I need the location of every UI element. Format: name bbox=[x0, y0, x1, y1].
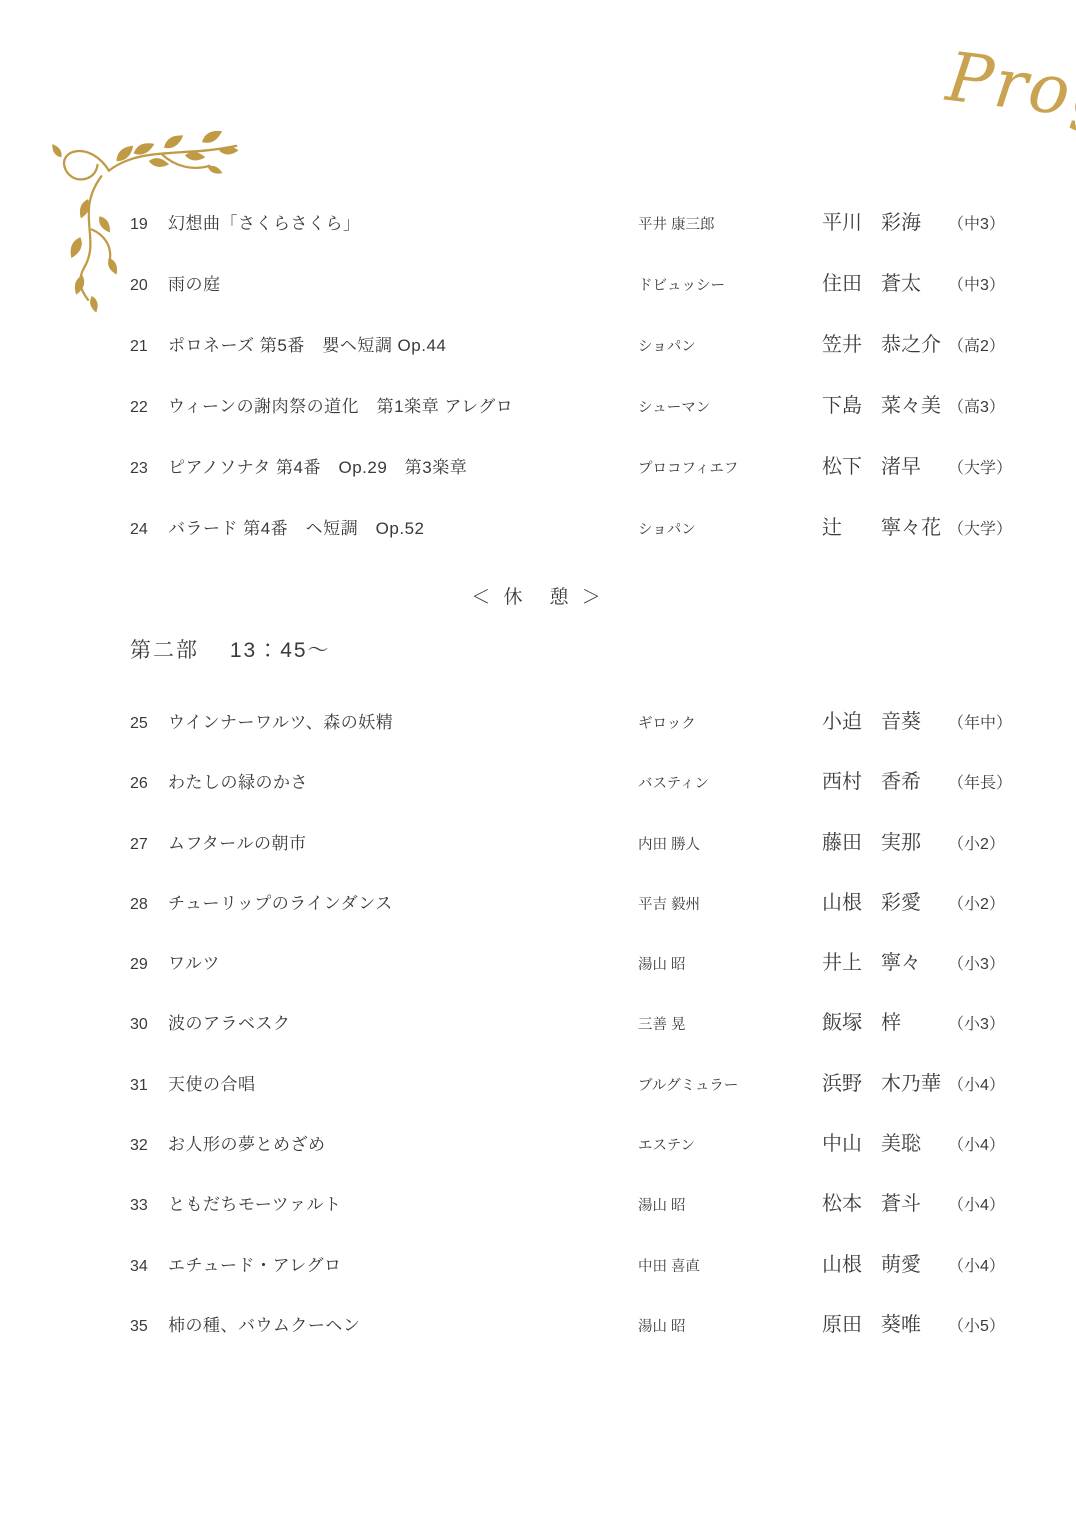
performer-givenname: 渚早 bbox=[881, 454, 948, 481]
intermission-label: ＜ 休 憩 ＞ bbox=[0, 582, 1076, 609]
piece-number: 23 bbox=[130, 458, 168, 480]
composer-name: バスティン bbox=[638, 775, 822, 795]
piece-number: 22 bbox=[130, 397, 168, 419]
composer-name: 湯山 昭 bbox=[638, 1197, 822, 1217]
program-row: 33 ともだちモーツァルト 湯山 昭 松本 蒼斗 （小4） bbox=[130, 1191, 1030, 1251]
composer-name: ショパン bbox=[638, 521, 822, 541]
performer-grade: （小4） bbox=[948, 1135, 1005, 1157]
performer-grade: （大学） bbox=[948, 519, 1012, 541]
piece-title: 雨の庭 bbox=[168, 274, 638, 297]
composer-name: ギロック bbox=[638, 715, 822, 735]
performer-givenname: 蒼斗 bbox=[881, 1191, 948, 1218]
program-row: 31 天使の合唱 ブルグミュラー 浜野 木乃華 （小4） bbox=[130, 1071, 1030, 1131]
piece-title: わたしの緑のかさ bbox=[168, 772, 638, 795]
composer-name: シューマン bbox=[638, 399, 822, 419]
performer-grade: （年長） bbox=[948, 773, 1012, 795]
piece-title: 波のアラベスク bbox=[168, 1013, 638, 1036]
performer-givenname: 寧々 bbox=[881, 950, 948, 977]
performer-surname: 原田 bbox=[822, 1312, 881, 1339]
piece-number: 25 bbox=[130, 713, 168, 735]
performer-givenname: 実那 bbox=[881, 830, 948, 857]
piece-title: ワルツ bbox=[168, 953, 638, 976]
performer-grade: （小4） bbox=[948, 1075, 1005, 1097]
performer-givenname: 蒼太 bbox=[881, 271, 948, 298]
performer-givenname: 梓 bbox=[881, 1010, 948, 1037]
piece-title: 幻想曲「さくらさくら」 bbox=[168, 213, 638, 236]
performer-givenname: 木乃華 bbox=[881, 1071, 948, 1098]
composer-name: 湯山 昭 bbox=[638, 956, 822, 976]
composer-name: ショパン bbox=[638, 338, 822, 358]
performer-surname: 小迫 bbox=[822, 709, 881, 736]
performer-grade: （大学） bbox=[948, 458, 1012, 480]
program-row: 19 幻想曲「さくらさくら」 平井 康三郎 平川 彩海 （中3） bbox=[130, 210, 1030, 271]
performer-givenname: 菜々美 bbox=[881, 393, 948, 420]
part2-heading: 第二部 13：45～ bbox=[130, 634, 331, 664]
piece-title: お人形の夢とめざめ bbox=[168, 1134, 638, 1157]
program-row: 32 お人形の夢とめざめ エステン 中山 美聡 （小4） bbox=[130, 1131, 1030, 1191]
program-row: 25 ウインナーワルツ、森の妖精 ギロック 小迫 音葵 （年中） bbox=[130, 709, 1030, 769]
composer-name: 湯山 昭 bbox=[638, 1318, 822, 1338]
piece-title: 柿の種、バウムクーヘン bbox=[168, 1315, 638, 1338]
performer-surname: 井上 bbox=[822, 950, 881, 977]
program-row: 20 雨の庭 ドビュッシー 住田 蒼太 （中3） bbox=[130, 271, 1030, 332]
performer-givenname: 音葵 bbox=[881, 709, 948, 736]
piece-title: チューリップのラインダンス bbox=[168, 893, 638, 916]
performer-givenname: 香希 bbox=[881, 769, 948, 796]
performer-grade: （小3） bbox=[948, 1014, 1005, 1036]
performer-grade: （小2） bbox=[948, 894, 1005, 916]
performer-surname: 浜野 bbox=[822, 1071, 881, 1098]
performer-surname: 松本 bbox=[822, 1191, 881, 1218]
performer-grade: （年中） bbox=[948, 713, 1012, 735]
performer-surname: 飯塚 bbox=[822, 1010, 881, 1037]
piece-number: 30 bbox=[130, 1014, 168, 1036]
performer-givenname: 萌愛 bbox=[881, 1252, 948, 1279]
program-row: 28 チューリップのラインダンス 平吉 毅州 山根 彩愛 （小2） bbox=[130, 890, 1030, 950]
piece-number: 27 bbox=[130, 834, 168, 856]
piece-title: 天使の合唱 bbox=[168, 1074, 638, 1097]
performer-surname: 平川 bbox=[822, 210, 881, 237]
piece-title: バラード 第4番 ヘ短調 Op.52 bbox=[168, 518, 638, 541]
piece-number: 20 bbox=[130, 275, 168, 297]
piece-number: 35 bbox=[130, 1316, 168, 1338]
program-row: 34 エチュード・アレグロ 中田 喜直 山根 萌愛 （小4） bbox=[130, 1252, 1030, 1312]
piece-title: ポロネーズ 第5番 嬰ヘ短調 Op.44 bbox=[168, 335, 638, 358]
recital-program-page: Program 19 幻想曲「さくらさくら」 平井 康三郎 平川 彩海 （中3）… bbox=[0, 0, 1076, 1513]
piece-number: 24 bbox=[130, 519, 168, 541]
program-row: 21 ポロネーズ 第5番 嬰ヘ短調 Op.44 ショパン 笠井 恭之介 （高2） bbox=[130, 332, 1030, 393]
composer-name: 中田 喜直 bbox=[638, 1258, 822, 1278]
composer-name: ブルグミュラー bbox=[638, 1077, 822, 1097]
program-row: 24 バラード 第4番 ヘ短調 Op.52 ショパン 辻 寧々花 （大学） bbox=[130, 515, 1030, 576]
piece-title: ムフタールの朝市 bbox=[168, 833, 638, 856]
performer-surname: 山根 bbox=[822, 1252, 881, 1279]
program-row: 29 ワルツ 湯山 昭 井上 寧々 （小3） bbox=[130, 950, 1030, 1010]
program-script-title: Program bbox=[942, 38, 1076, 155]
performer-surname: 辻 bbox=[822, 515, 881, 542]
piece-number: 32 bbox=[130, 1135, 168, 1157]
performer-surname: 笠井 bbox=[822, 332, 881, 359]
composer-name: 平井 康三郎 bbox=[638, 216, 822, 236]
performer-grade: （小5） bbox=[948, 1316, 1005, 1338]
performer-givenname: 恭之介 bbox=[881, 332, 948, 359]
performer-surname: 下島 bbox=[822, 393, 881, 420]
composer-name: 三善 晃 bbox=[638, 1016, 822, 1036]
performer-surname: 松下 bbox=[822, 454, 881, 481]
composer-name: エステン bbox=[638, 1137, 822, 1157]
performer-grade: （中3） bbox=[948, 275, 1005, 297]
performer-givenname: 彩海 bbox=[881, 210, 948, 237]
performer-grade: （中3） bbox=[948, 214, 1005, 236]
performer-grade: （小3） bbox=[948, 954, 1005, 976]
performer-grade: （高2） bbox=[948, 336, 1005, 358]
performer-grade: （小2） bbox=[948, 834, 1005, 856]
piece-number: 21 bbox=[130, 336, 168, 358]
piece-title: ピアノソナタ 第4番 Op.29 第3楽章 bbox=[168, 457, 638, 480]
performer-surname: 中山 bbox=[822, 1131, 881, 1158]
program-row: 30 波のアラベスク 三善 晃 飯塚 梓 （小3） bbox=[130, 1010, 1030, 1070]
performer-givenname: 葵唯 bbox=[881, 1312, 948, 1339]
piece-number: 26 bbox=[130, 773, 168, 795]
piece-number: 31 bbox=[130, 1075, 168, 1097]
performer-grade: （小4） bbox=[948, 1195, 1005, 1217]
performer-surname: 西村 bbox=[822, 769, 881, 796]
program-row: 27 ムフタールの朝市 内田 勝人 藤田 実那 （小2） bbox=[130, 830, 1030, 890]
piece-title: ウインナーワルツ、森の妖精 bbox=[168, 712, 638, 735]
performer-grade: （高3） bbox=[948, 397, 1005, 419]
piece-title: ウィーンの謝肉祭の道化 第1楽章 アレグロ bbox=[168, 396, 638, 419]
performer-grade: （小4） bbox=[948, 1256, 1005, 1278]
composer-name: 平吉 毅州 bbox=[638, 896, 822, 916]
performer-surname: 山根 bbox=[822, 890, 881, 917]
program-row: 23 ピアノソナタ 第4番 Op.29 第3楽章 プロコフィエフ 松下 渚早 （… bbox=[130, 454, 1030, 515]
piece-number: 33 bbox=[130, 1195, 168, 1217]
piece-number: 34 bbox=[130, 1256, 168, 1278]
composer-name: 内田 勝人 bbox=[638, 836, 822, 856]
part1-program-list: 19 幻想曲「さくらさくら」 平井 康三郎 平川 彩海 （中3） 20 雨の庭 … bbox=[130, 210, 1030, 576]
performer-givenname: 彩愛 bbox=[881, 890, 948, 917]
performer-givenname: 美聡 bbox=[881, 1131, 948, 1158]
piece-number: 19 bbox=[130, 214, 168, 236]
program-row: 26 わたしの緑のかさ バスティン 西村 香希 （年長） bbox=[130, 769, 1030, 829]
piece-title: エチュード・アレグロ bbox=[168, 1255, 638, 1278]
program-row: 35 柿の種、バウムクーヘン 湯山 昭 原田 葵唯 （小5） bbox=[130, 1312, 1030, 1372]
composer-name: プロコフィエフ bbox=[638, 460, 822, 480]
performer-givenname: 寧々花 bbox=[881, 515, 948, 542]
piece-title: ともだちモーツァルト bbox=[168, 1194, 638, 1217]
part2-program-list: 25 ウインナーワルツ、森の妖精 ギロック 小迫 音葵 （年中） 26 わたしの… bbox=[130, 709, 1030, 1372]
piece-number: 29 bbox=[130, 954, 168, 976]
composer-name: ドビュッシー bbox=[638, 277, 822, 297]
performer-surname: 藤田 bbox=[822, 830, 881, 857]
piece-number: 28 bbox=[130, 894, 168, 916]
program-row: 22 ウィーンの謝肉祭の道化 第1楽章 アレグロ シューマン 下島 菜々美 （高… bbox=[130, 393, 1030, 454]
performer-surname: 住田 bbox=[822, 271, 881, 298]
